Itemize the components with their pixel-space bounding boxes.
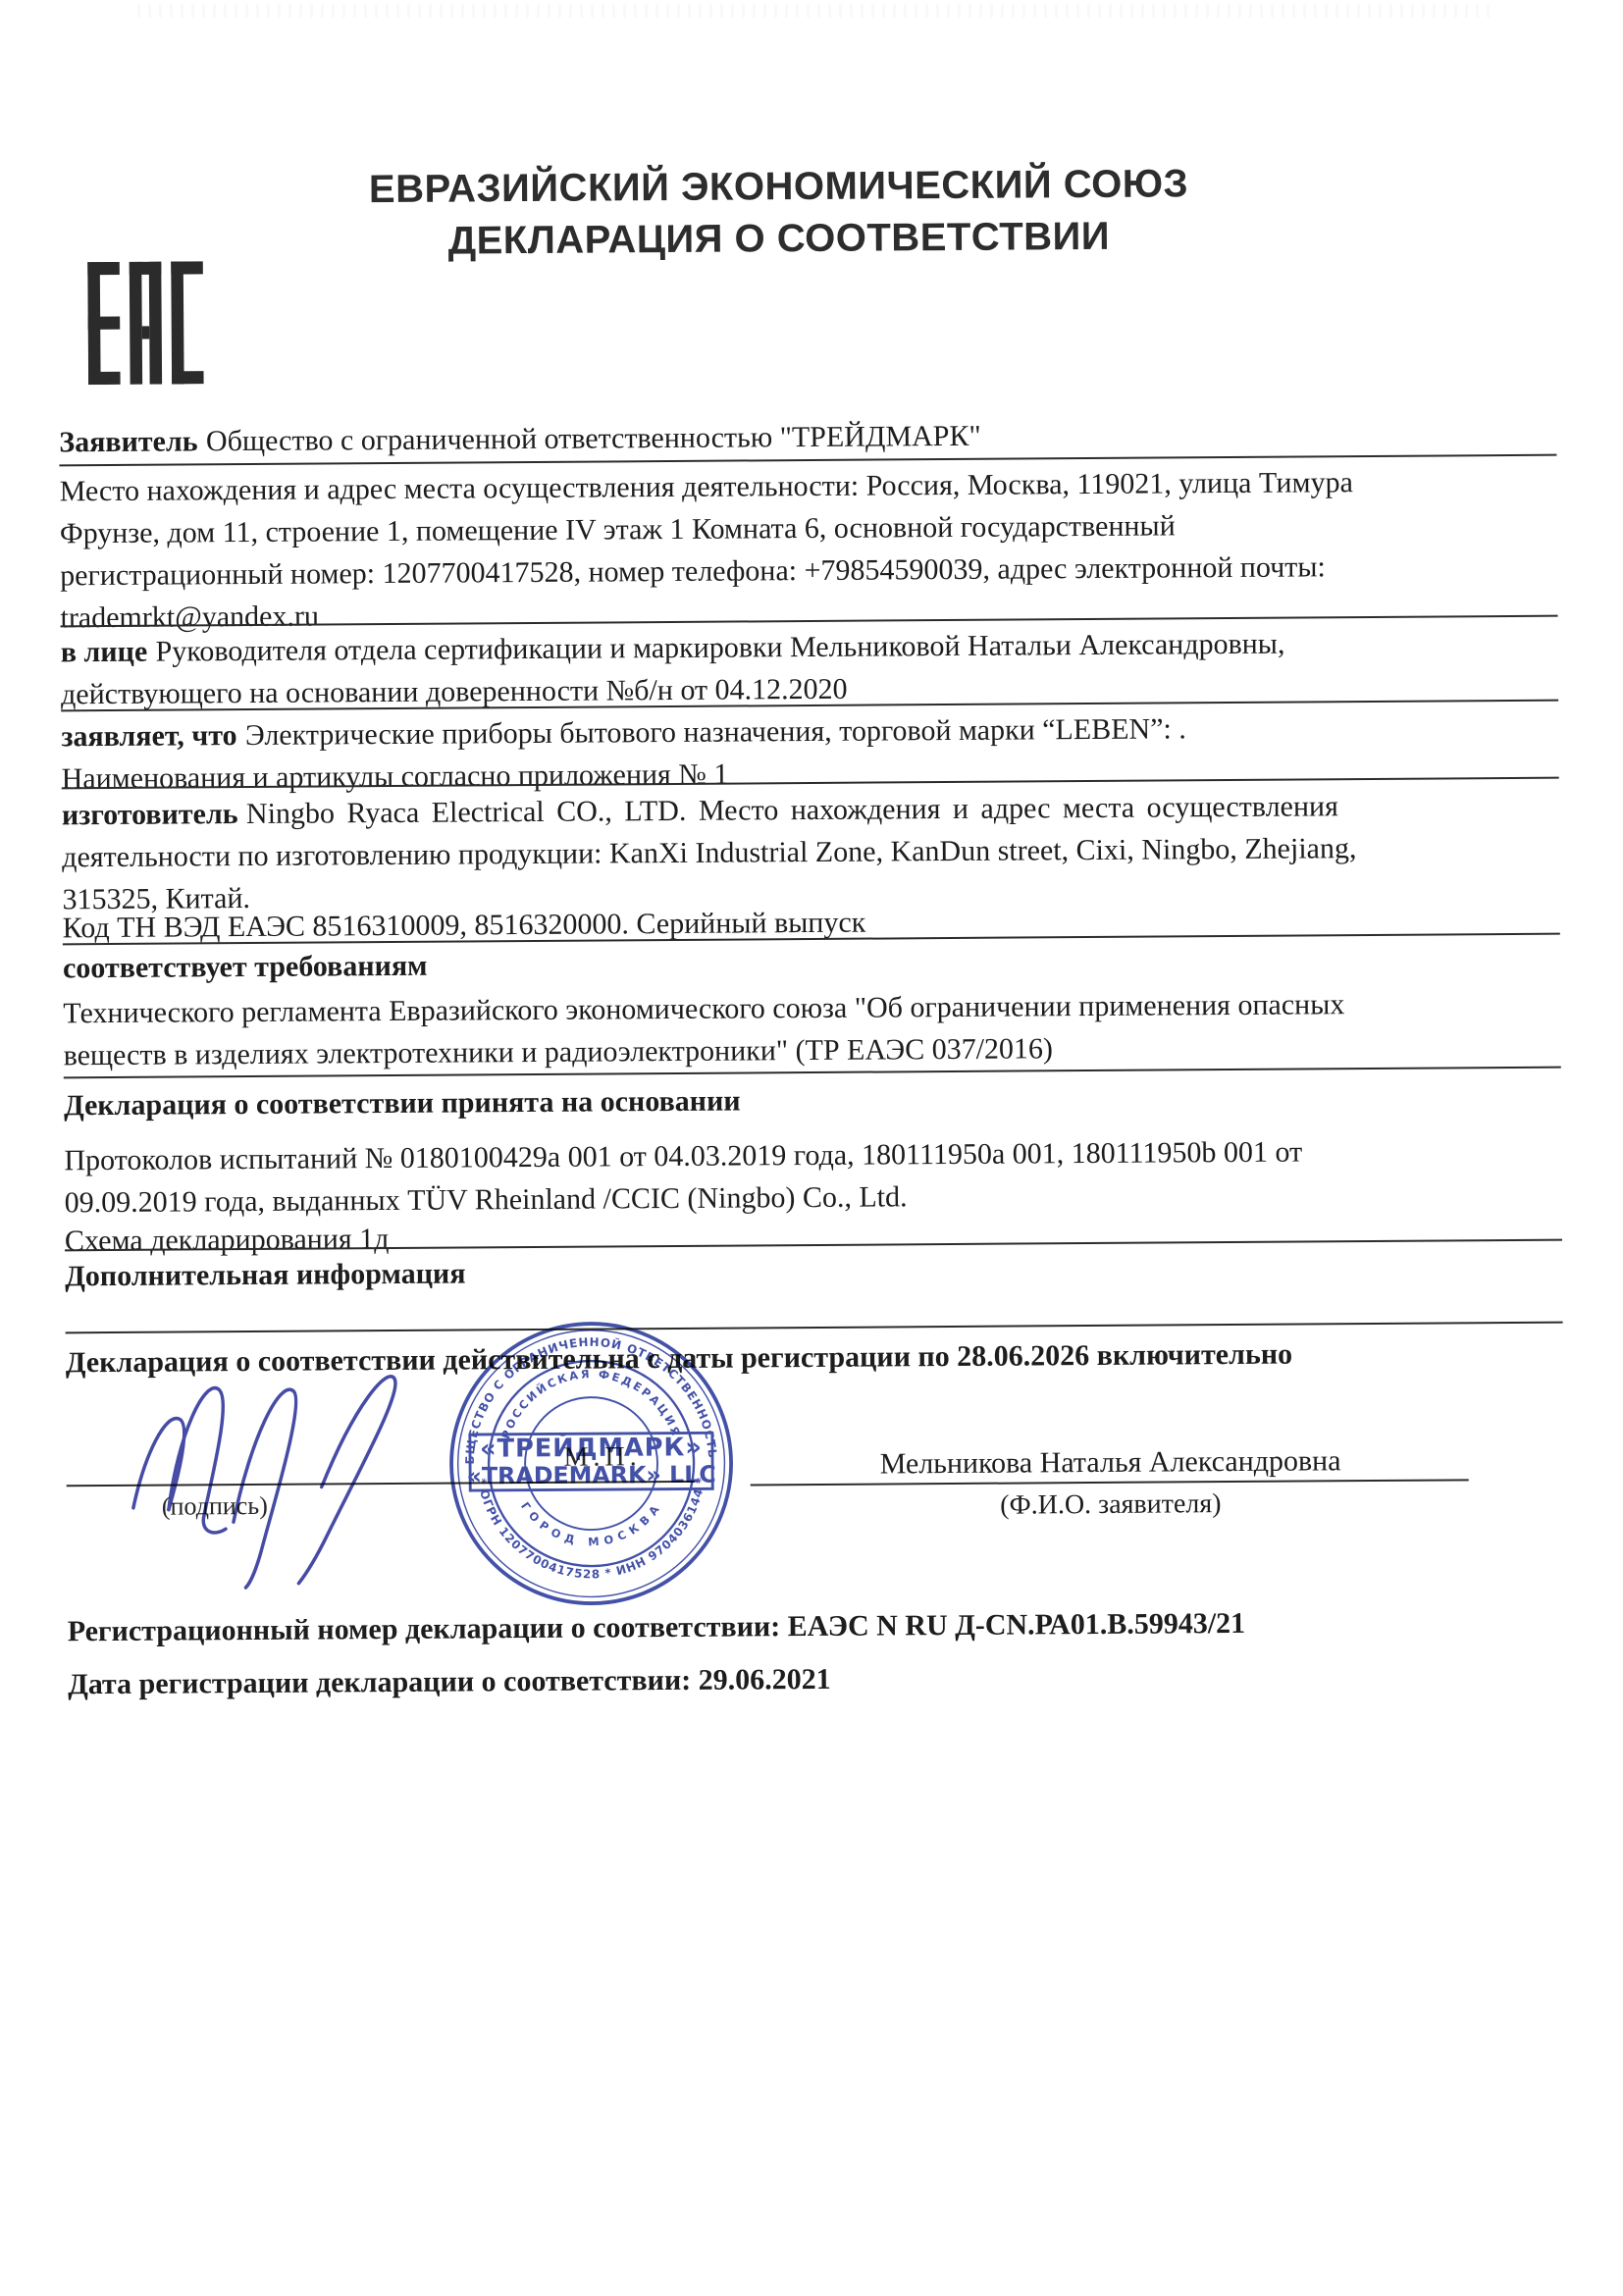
manufacturer-value: Ningbo Ryaca Electrical CO., LTD. Место … (246, 790, 1338, 830)
field-manufacturer: изготовительNingbo Ryaca Electrical CO.,… (62, 787, 1338, 835)
manufacturer-line2: деятельности по изготовлению продукции: … (62, 829, 1356, 877)
reg-date-value: 29.06.2021 (699, 1663, 831, 1696)
stamp-inner-top-text: РОССИЙСКАЯ ФЕДЕРАЦИЯ (498, 1366, 684, 1440)
representative-label: в лице (61, 636, 148, 669)
complies-line2: веществ в изделиях электротехники и ради… (64, 1029, 1054, 1075)
applicant-label: Заявитель (59, 425, 198, 458)
applicant-value: Общество с ограниченной ответственностью… (206, 420, 981, 458)
field-representative: в лицеРуководителя отдела сертификации и… (61, 625, 1285, 673)
applicant-name: Мельникова Наталья Александровна (748, 1443, 1472, 1482)
company-stamp: ОБЩЕСТВО С ОГРАНИЧЕННОЙ ОТВЕТСТВЕННОСТЬЮ… (442, 1314, 742, 1614)
basis-line2: 09.09.2019 года, выданных TÜV Rheinland … (65, 1177, 908, 1223)
basis-line1: Протоколов испытаний № 0180100429a 001 о… (64, 1133, 1302, 1181)
applicant-address-line: Место нахождения и адрес места осуществл… (60, 463, 1353, 511)
registration-number-line: Регистрационный номер декларации о соотв… (68, 1604, 1246, 1651)
handwritten-signature (115, 1348, 470, 1596)
representative-value: Руководителя отдела сертификации и марки… (155, 628, 1284, 668)
reg-number-value: ЕАЭС N RU Д-CN.РА01.В.59943/21 (788, 1607, 1246, 1643)
applicant-address-line: Фрунзе, дом 11, строение 1, помещение IV… (60, 506, 1176, 553)
field-applicant: ЗаявительОбщество с ограниченной ответст… (59, 417, 981, 463)
basis-label: Декларация о соответствии принята на осн… (64, 1082, 741, 1126)
reg-date-label: Дата регистрации декларации о соответств… (68, 1664, 691, 1700)
eac-logo-icon (87, 261, 204, 385)
additional-info-label: Дополнительная информация (65, 1254, 466, 1296)
svg-text:РОССИЙСКАЯ ФЕДЕРАЦИЯ: РОССИЙСКАЯ ФЕДЕРАЦИЯ (498, 1366, 684, 1440)
declaration-document: ЕВРАЗИЙСКИЙ ЭКОНОМИЧЕСКИЙ СОЮЗ ДЕКЛАРАЦИ… (0, 0, 1623, 2296)
declares-label: заявляет, что (61, 719, 236, 753)
stamp-center-line2: «TRADEMARK» LLC (466, 1461, 715, 1490)
name-caption: (Ф.И.О. заявителя) (749, 1487, 1473, 1523)
declares-value: Электрические приборы бытового назначени… (245, 712, 1186, 752)
applicant-address-line: регистрационный номер: 1207700417528, но… (60, 548, 1326, 596)
reg-number-label: Регистрационный номер декларации о соотв… (68, 1610, 781, 1647)
complies-line1: Технического регламента Евразийского эко… (63, 985, 1344, 1033)
field-declares: заявляет, чтоЭлектрические приборы бытов… (61, 709, 1186, 757)
document-title-line1: ЕВРАЗИЙСКИЙ ЭКОНОМИЧЕСКИЙ СОЮЗ (0, 160, 1564, 215)
registration-date-line: Дата регистрации декларации о соответств… (68, 1660, 831, 1704)
manufacturer-label: изготовитель (62, 798, 238, 831)
stamp-center-line1: «ТРЕЙДМАРК» (480, 1433, 703, 1464)
complies-label: соответствует требованиям (63, 947, 428, 989)
divider (66, 1322, 1563, 1334)
document-title-line2: ДЕКЛАРАЦИЯ О СООТВЕТСТВИИ (0, 212, 1564, 267)
